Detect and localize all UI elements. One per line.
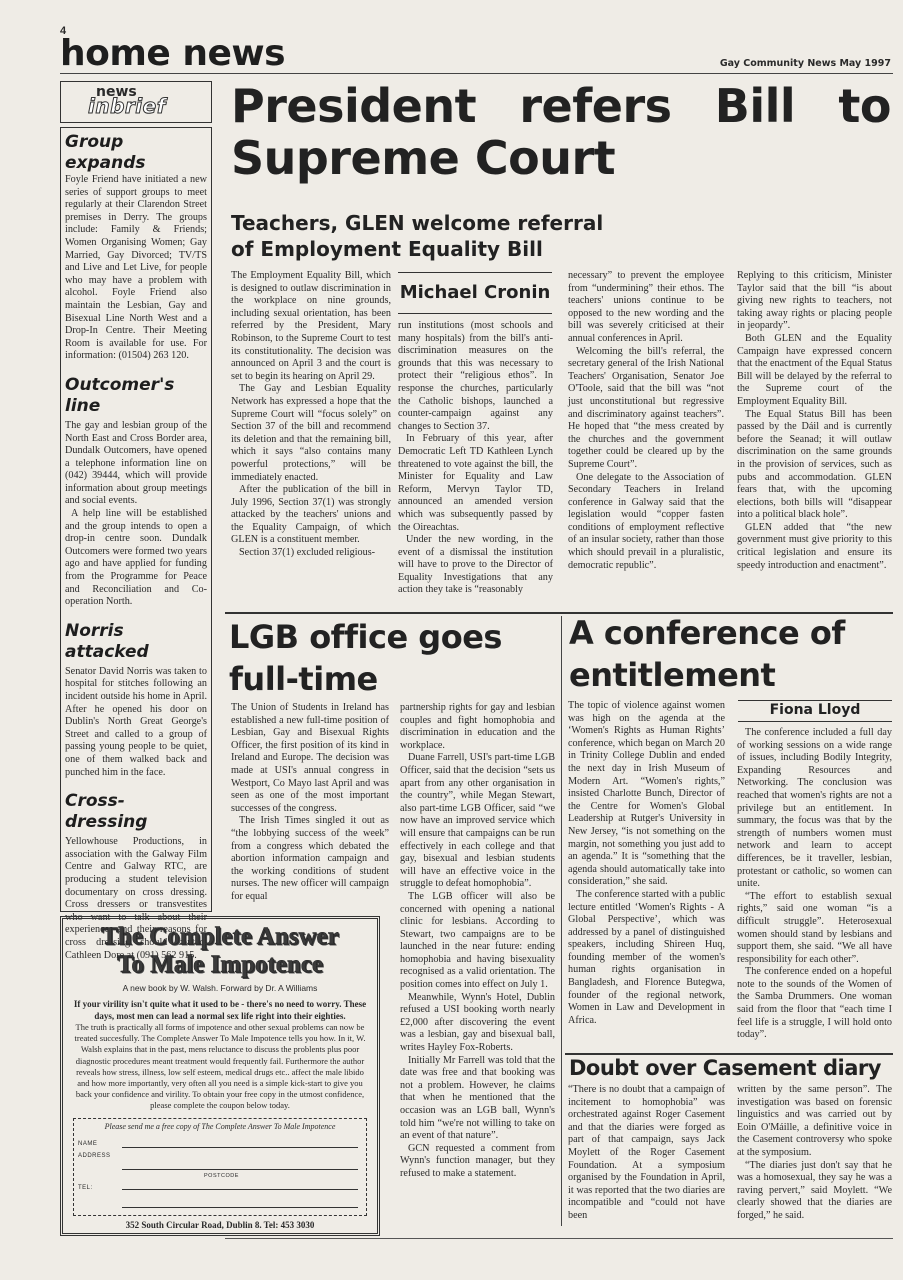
brief-item-outcomers-line: Outcomer's line The gay and lesbian grou… — [65, 375, 207, 609]
paragraph: Meanwhile, Wynn's Hotel, Dublin refused … — [400, 992, 555, 1055]
subhead-line-2: of Employment Equality Bill — [231, 236, 603, 262]
brief-text: Senator David Norris was taken to hospit… — [65, 666, 207, 779]
lgb-headline: LGB office goes full-time — [229, 616, 502, 700]
paragraph: GCN requested a comment from Wynn's func… — [400, 1143, 555, 1181]
casement-headline: Doubt over Casement diary — [569, 1055, 881, 1081]
advert-title-line-2: To Male Impotence — [71, 951, 369, 979]
coupon-tel-field[interactable] — [122, 1189, 358, 1190]
coupon-postcode-label: POSTCODE — [204, 1173, 239, 1179]
brief-text: A help line will be established and the … — [65, 508, 207, 609]
paragraph: Replying to this criticism, Minister Tay… — [737, 270, 892, 333]
paragraph: The Union of Students in Ireland has est… — [231, 702, 389, 815]
brief-text: Foyle Friend have initiated a new series… — [65, 174, 207, 363]
page-bottom-rule — [225, 1238, 893, 1239]
paragraph: One delegate to the Association of Secon… — [568, 472, 724, 573]
lgb-column-1: The Union of Students in Ireland has est… — [231, 702, 389, 904]
paragraph: The topic of violence against women was … — [568, 700, 725, 889]
coupon-address-label: ADDRESS — [78, 1153, 111, 1159]
advert-lead-text: If your virility isn't quite what it use… — [71, 999, 369, 1022]
headline-word: to — [838, 80, 891, 132]
paragraph: After the publication of the bill in Jul… — [231, 484, 391, 547]
headline-line-2: full-time — [229, 658, 502, 700]
coupon-extra-field[interactable] — [122, 1207, 358, 1208]
news-in-brief-logo: news inbrief — [60, 81, 212, 123]
paragraph: written by the same person”. The investi… — [737, 1084, 892, 1160]
conference-column-1: The topic of violence against women was … — [568, 700, 725, 1027]
coupon-address-field[interactable] — [122, 1169, 358, 1170]
paragraph: The Equal Status Bill has been passed by… — [737, 409, 892, 522]
advert-coupon[interactable]: Please send me a free copy of The Comple… — [73, 1118, 367, 1216]
paragraph: “The effort to establish sexual rights,”… — [737, 891, 892, 967]
coupon-name-field[interactable] — [122, 1147, 358, 1148]
brief-text: The gay and lesbian group of the North E… — [65, 420, 207, 508]
headline-line-2: Supreme Court — [231, 132, 891, 184]
coupon-heading: Please send me a free copy of The Comple… — [74, 1122, 366, 1131]
masthead-rule — [60, 73, 893, 74]
paragraph: The conference included a full day of wo… — [737, 727, 892, 891]
lead-column-4: Replying to this criticism, Minister Tay… — [737, 270, 892, 572]
paragraph: The Employment Equality Bill, which is d… — [231, 270, 391, 383]
brief-item-group-expands: Group expands Foyle Friend have initiate… — [65, 132, 207, 363]
paragraph: Duane Farrell, USI's part-time LGB Offic… — [400, 752, 555, 891]
coupon-tel-label: TEL: — [78, 1185, 93, 1191]
lead-column-1: The Employment Equality Bill, which is d… — [231, 270, 391, 560]
byline-fiona-lloyd: Fiona Lloyd — [738, 700, 892, 722]
brief-heading: Cross-dressing — [65, 791, 207, 833]
headline-word: President — [231, 80, 476, 132]
impotence-book-advert: The Complete Answer To Male Impotence A … — [60, 916, 380, 1236]
advert-address: 352 South Circular Road, Dublin 8. Tel: … — [71, 1220, 369, 1230]
advert-subtitle: A new book by W. Walsh. Forward by Dr. A… — [71, 983, 369, 993]
column-divider — [561, 616, 562, 1226]
paragraph: Under the new wording, in the event of a… — [398, 534, 553, 597]
paragraph: The conference started with a public lec… — [568, 889, 725, 1028]
conference-headline: A conference of entitlement — [569, 612, 845, 696]
headline-line-1: LGB office goes — [229, 616, 502, 658]
paragraph: partnership rights for gay and lesbian c… — [400, 702, 555, 752]
advert-body: The truth is practically all forms of im… — [71, 1022, 369, 1112]
headline-line-1: A conference of — [569, 612, 845, 654]
lgb-column-2: partnership rights for gay and lesbian c… — [400, 702, 555, 1181]
coupon-name-label: NAME — [78, 1141, 97, 1147]
headline-word: refers — [519, 80, 671, 132]
news-in-brief-column: Group expands Foyle Friend have initiate… — [60, 127, 212, 912]
brief-heading: Norris attacked — [65, 621, 207, 663]
lead-column-3: necessary” to prevent the employee from … — [568, 270, 724, 572]
paragraph: In February of this year, after Democrat… — [398, 433, 553, 534]
lead-column-2: run institutions (most schools and many … — [398, 320, 553, 597]
section-title: home news — [60, 34, 285, 74]
casement-column-2: written by the same person”. The investi… — [737, 1084, 892, 1223]
paragraph: run institutions (most schools and many … — [398, 320, 553, 433]
paragraph: “There is no doubt that a campaign of in… — [568, 1084, 725, 1223]
paragraph: “The diaries just don't say that he was … — [737, 1160, 892, 1223]
conference-column-2: The conference included a full day of wo… — [737, 727, 892, 1042]
subhead-line-1: Teachers, GLEN welcome referral — [231, 210, 603, 236]
paragraph: Section 37(1) excluded religious- — [231, 547, 391, 560]
publication-dateline: Gay Community News May 1997 — [720, 58, 891, 69]
byline-michael-cronin: Michael Cronin — [398, 272, 552, 314]
paragraph: The Gay and Lesbian Equality Network has… — [231, 383, 391, 484]
brief-item-norris-attacked: Norris attacked Senator David Norris was… — [65, 621, 207, 779]
paragraph: The LGB officer will also be concerned w… — [400, 891, 555, 992]
paragraph: The Irish Times singled it out as “the l… — [231, 815, 389, 903]
lead-headline: President refers Bill to Supreme Court — [231, 80, 891, 184]
paragraph: The conference ended on a hopeful note t… — [737, 966, 892, 1042]
paragraph: necessary” to prevent the employee from … — [568, 270, 724, 346]
brief-heading: Outcomer's line — [65, 375, 207, 417]
logo-inbrief-text: inbrief — [88, 94, 166, 118]
headline-word: Bill — [715, 80, 795, 132]
paragraph: Both GLEN and the Equality Campaign have… — [737, 333, 892, 409]
paragraph: Initially Mr Farrell was told that the d… — [400, 1055, 555, 1143]
paragraph: GLEN added that “the new government must… — [737, 522, 892, 572]
paragraph: Welcoming the bill's referral, the secre… — [568, 346, 724, 472]
headline-line-2: entitlement — [569, 654, 845, 696]
lead-subheadline: Teachers, GLEN welcome referral of Emplo… — [231, 210, 603, 262]
advert-title-line-1: The Complete Answer — [71, 923, 369, 951]
brief-heading: Group expands — [65, 132, 207, 174]
casement-column-1: “There is no doubt that a campaign of in… — [568, 1084, 725, 1223]
